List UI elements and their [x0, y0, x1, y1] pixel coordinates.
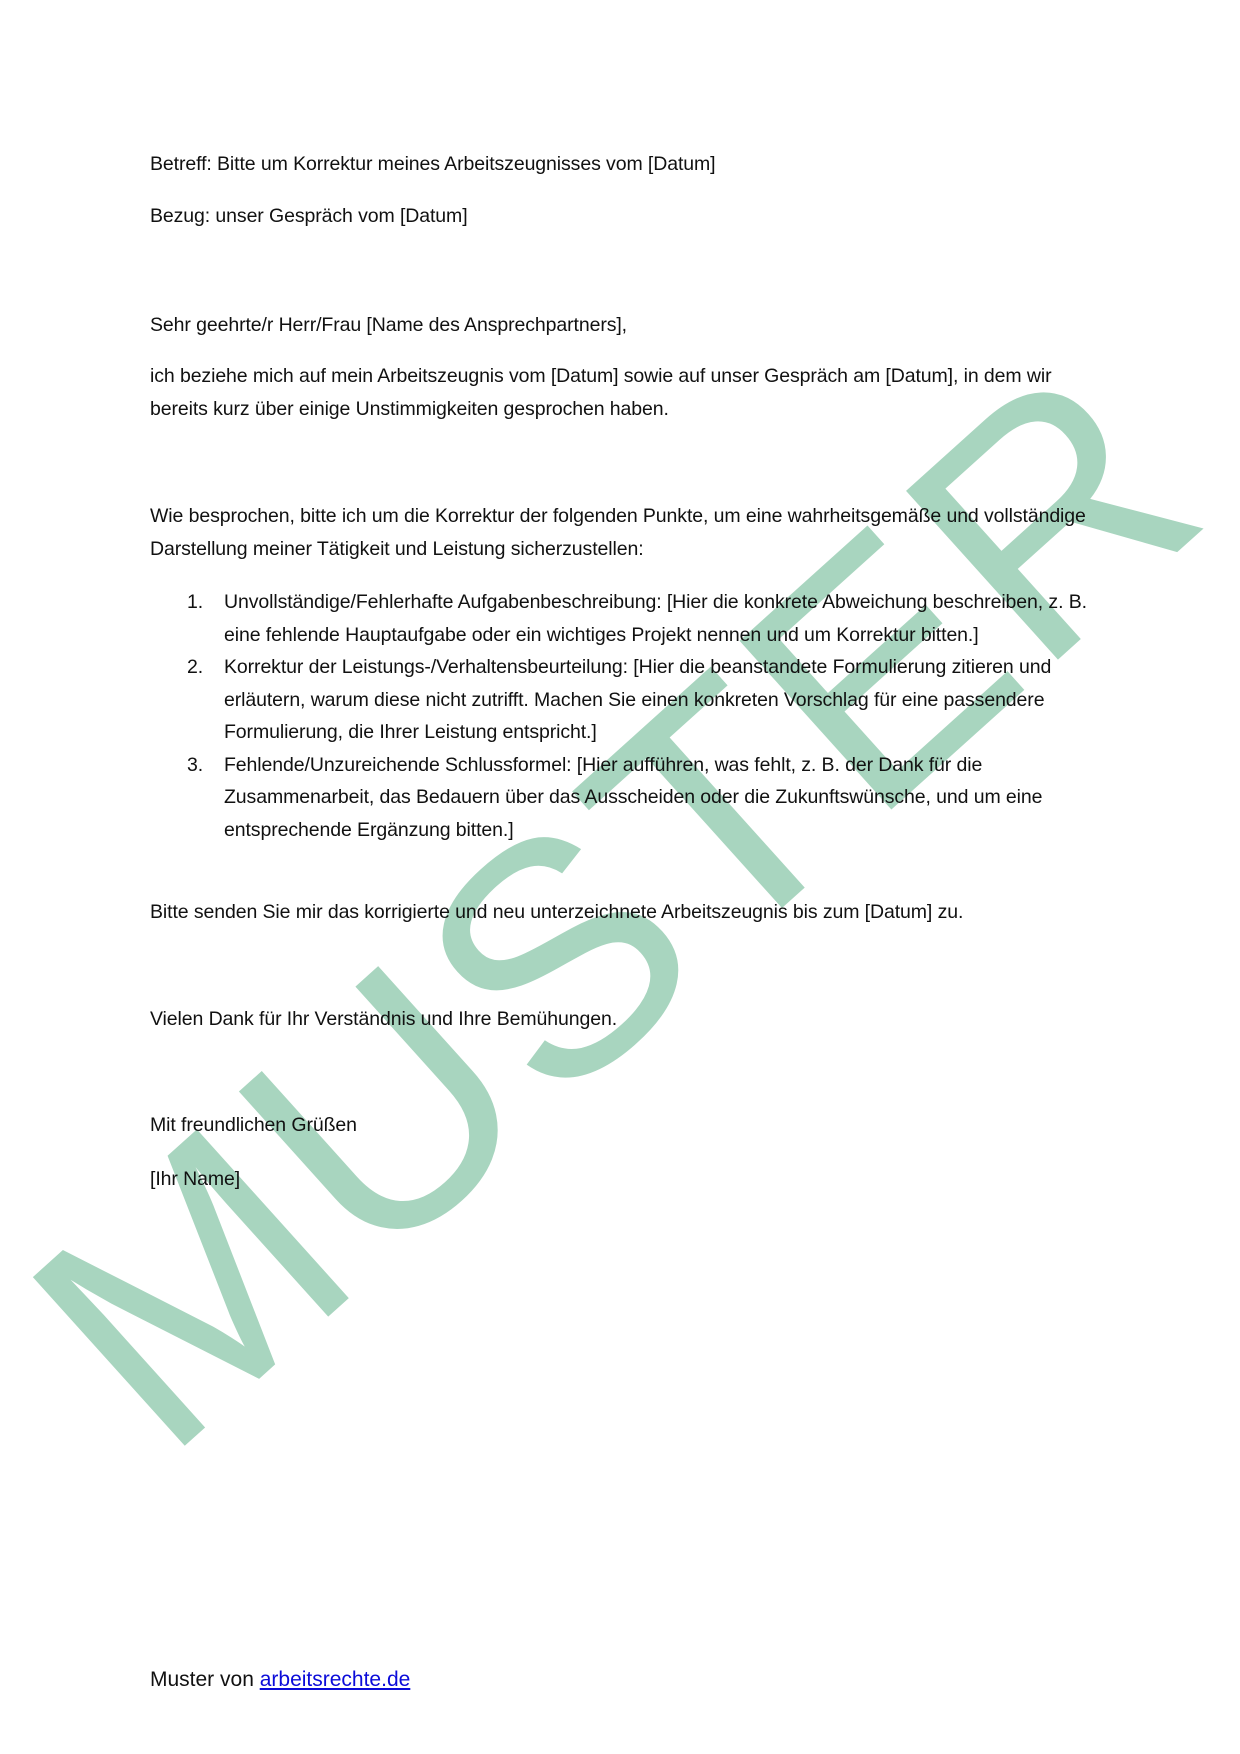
document-page: MUSTER Betreff: Bitte um Korrektur meine…	[0, 0, 1240, 1754]
footer-prefix: Muster von	[150, 1668, 260, 1691]
footer: Muster von arbeitsrechte.de	[150, 1664, 410, 1696]
list-item-text: Korrektur der Leistungs-/Verhaltensbeurt…	[224, 656, 1051, 743]
list-item-number: 2.	[187, 651, 203, 684]
reference-line: Bezug: unser Gespräch vom [Datum]	[150, 200, 468, 232]
list-item-number: 1.	[187, 586, 203, 619]
letter-body: Betreff: Bitte um Korrektur meines Arbei…	[0, 0, 1240, 1754]
list-item: 3. Fehlende/Unzureichende Schlussformel:…	[150, 749, 1100, 847]
deadline-paragraph: Bitte senden Sie mir das korrigierte und…	[150, 896, 963, 928]
footer-link[interactable]: arbeitsrechte.de	[260, 1668, 411, 1691]
subject-line: Betreff: Bitte um Korrektur meines Arbei…	[150, 148, 715, 180]
list-item-text: Fehlende/Unzureichende Schlussformel: [H…	[224, 754, 1042, 841]
salutation: Sehr geehrte/r Herr/Frau [Name des Anspr…	[150, 309, 627, 341]
closing-formula: Mit freundlichen Grüßen	[150, 1109, 357, 1141]
list-item: 1. Unvollständige/Fehlerhafte Aufgabenbe…	[150, 586, 1100, 651]
signature-placeholder: [Ihr Name]	[150, 1163, 240, 1195]
correction-list: 1. Unvollständige/Fehlerhafte Aufgabenbe…	[150, 586, 1100, 846]
request-paragraph: Wie besprochen, bitte ich um die Korrekt…	[150, 500, 1100, 566]
thanks-paragraph: Vielen Dank für Ihr Verständnis und Ihre…	[150, 1003, 617, 1035]
list-item-text: Unvollständige/Fehlerhafte Aufgabenbesch…	[224, 591, 1087, 646]
intro-paragraph: ich beziehe mich auf mein Arbeitszeugnis…	[150, 360, 1100, 426]
list-item: 2. Korrektur der Leistungs-/Verhaltensbe…	[150, 651, 1100, 749]
list-item-number: 3.	[187, 749, 203, 782]
